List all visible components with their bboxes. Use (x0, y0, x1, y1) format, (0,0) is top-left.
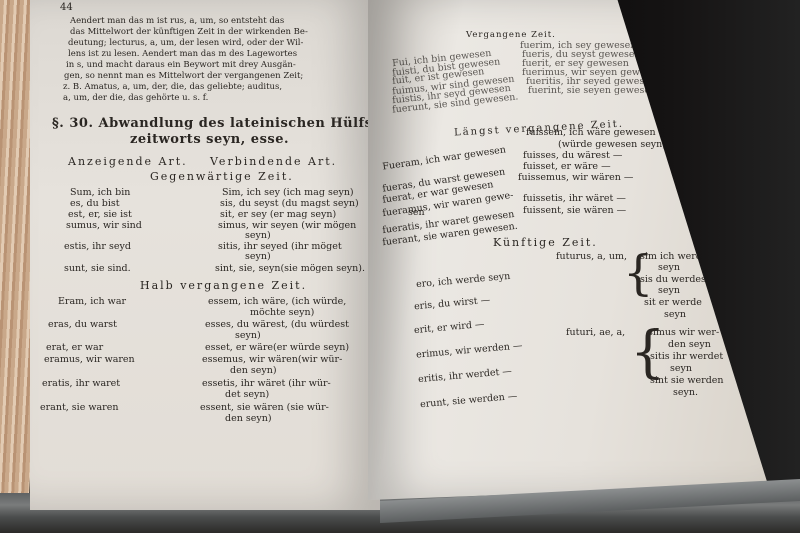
present-tense-heading: Gegenwärtige Zeit. (150, 171, 294, 183)
future-tense-heading: Künftige Zeit. (493, 237, 598, 249)
section-title-line2: zeitworts seyn, esse. (130, 134, 289, 146)
intro-line: deutung; lecturus, a, um, der lesen wird… (68, 38, 303, 49)
conjugation-form: Eram, ich war (58, 296, 126, 308)
intro-line: in s, und macht daraus ein Beywort mit d… (66, 60, 296, 71)
intro-line: z. B. Amatus, a, um, der, die, das gelie… (63, 82, 282, 93)
conjugation-form: fuissent, sie wären — (523, 205, 626, 217)
conjugation-form: sit er werde (644, 297, 702, 309)
conjugation-form: seyn (658, 285, 680, 297)
intro-line: Aendert man das m ist rus, a, um, so ent… (70, 16, 284, 27)
conjugation-form: esset, er wäre(er würde seyn) (205, 342, 349, 354)
conjugation-form: sint sie werden (650, 375, 724, 387)
intro-line: das Mittelwort der künftigen Zeit in der… (70, 27, 308, 38)
imperfect-tense-heading: Halb vergangene Zeit. (140, 280, 307, 292)
section-title: §. 30. Abwandlung des lateinischen Hülfs… (52, 118, 378, 130)
conjugation-form: seyn. (673, 387, 698, 399)
conjugation-form: simus wir wer- (648, 327, 719, 339)
conjugation-form: seyn) (235, 330, 261, 342)
conjugation-form: fuissem, ich wäre gewesen (526, 127, 656, 139)
conjugation-form: den seyn (668, 339, 711, 351)
conjugation-form: den seyn) (225, 413, 272, 425)
conjugation-form: den seyn) (230, 365, 277, 377)
conjugation-form: eramus, wir waren (44, 354, 135, 366)
conjugation-form: sunt, sie sind. (64, 263, 131, 275)
conjugation-form: seyn) (245, 251, 271, 263)
conjugation-form: möchte seyn) (250, 307, 314, 319)
conjugation-form: sitis, ihr seyed (ihr möget (218, 241, 342, 253)
conjugation-form: eris, du wirst — (414, 295, 491, 314)
conjugation-form: sitis ihr werdet (650, 351, 723, 363)
conjugation-form: eritis, ihr werdet — (418, 366, 513, 386)
conjugation-form: fuissemus, wir wären — (518, 172, 633, 184)
conjugation-form: erunt, sie werden — (420, 391, 518, 411)
book-photo: 44 Aendert man das m ist rus, a, um, so … (0, 0, 800, 533)
left-page: 44 Aendert man das m ist rus, a, um, so … (30, 0, 380, 510)
conjugation-form: sint, sie, seyn(sie mögen seyn). (215, 263, 365, 275)
conjugation-form: ero, ich werde seyn (416, 271, 511, 291)
conjugation-form: sumus, wir sind (66, 220, 142, 232)
page-number-left: 44 (60, 2, 73, 14)
conjugation-form: erimus, wir werden — (416, 340, 523, 361)
conjugation-form: eratis, ihr waret (42, 378, 120, 390)
intro-line: a, um, der die, das gehörte u. s. f. (63, 93, 208, 104)
conjugation-form: estis, ihr seyd (64, 241, 131, 253)
conjugation-form: seyn (670, 363, 692, 375)
future-participle-singular: futurus, a, um, (556, 251, 627, 263)
conjugation-form: seyn (664, 309, 686, 321)
conjugation-form: sen (408, 207, 425, 219)
conjugation-form: erat, er war (46, 342, 103, 354)
conjugation-form: simus, wir seyen (wir mögen (218, 220, 356, 232)
intro-line: gen, so nennt man es Mittelwort der verg… (64, 71, 303, 82)
conjugation-form: fuissetis, ihr wäret — (523, 193, 626, 205)
conjugation-form: eras, du warst (48, 319, 117, 331)
mood-indicative-heading: Anzeigende Art. (68, 156, 188, 168)
mood-subjunctive-heading: Verbindende Art. (210, 156, 337, 168)
conjugation-form: seyn (658, 262, 680, 274)
intro-line: lens ist zu lesen. Aendert man das m des… (68, 49, 297, 60)
running-head: Vergangene Zeit. (466, 30, 556, 41)
conjugation-form: erant, sie waren (40, 402, 118, 414)
future-participle-plural: futuri, ae, a, (566, 327, 625, 339)
conjugation-form: fuerint, sie seyen gewesen. (528, 85, 659, 97)
conjugation-form: erit, er wird — (414, 319, 485, 337)
conjugation-form: det seyn) (225, 389, 269, 401)
conjugation-form: esses, du wärest, (du würdest (205, 319, 349, 331)
